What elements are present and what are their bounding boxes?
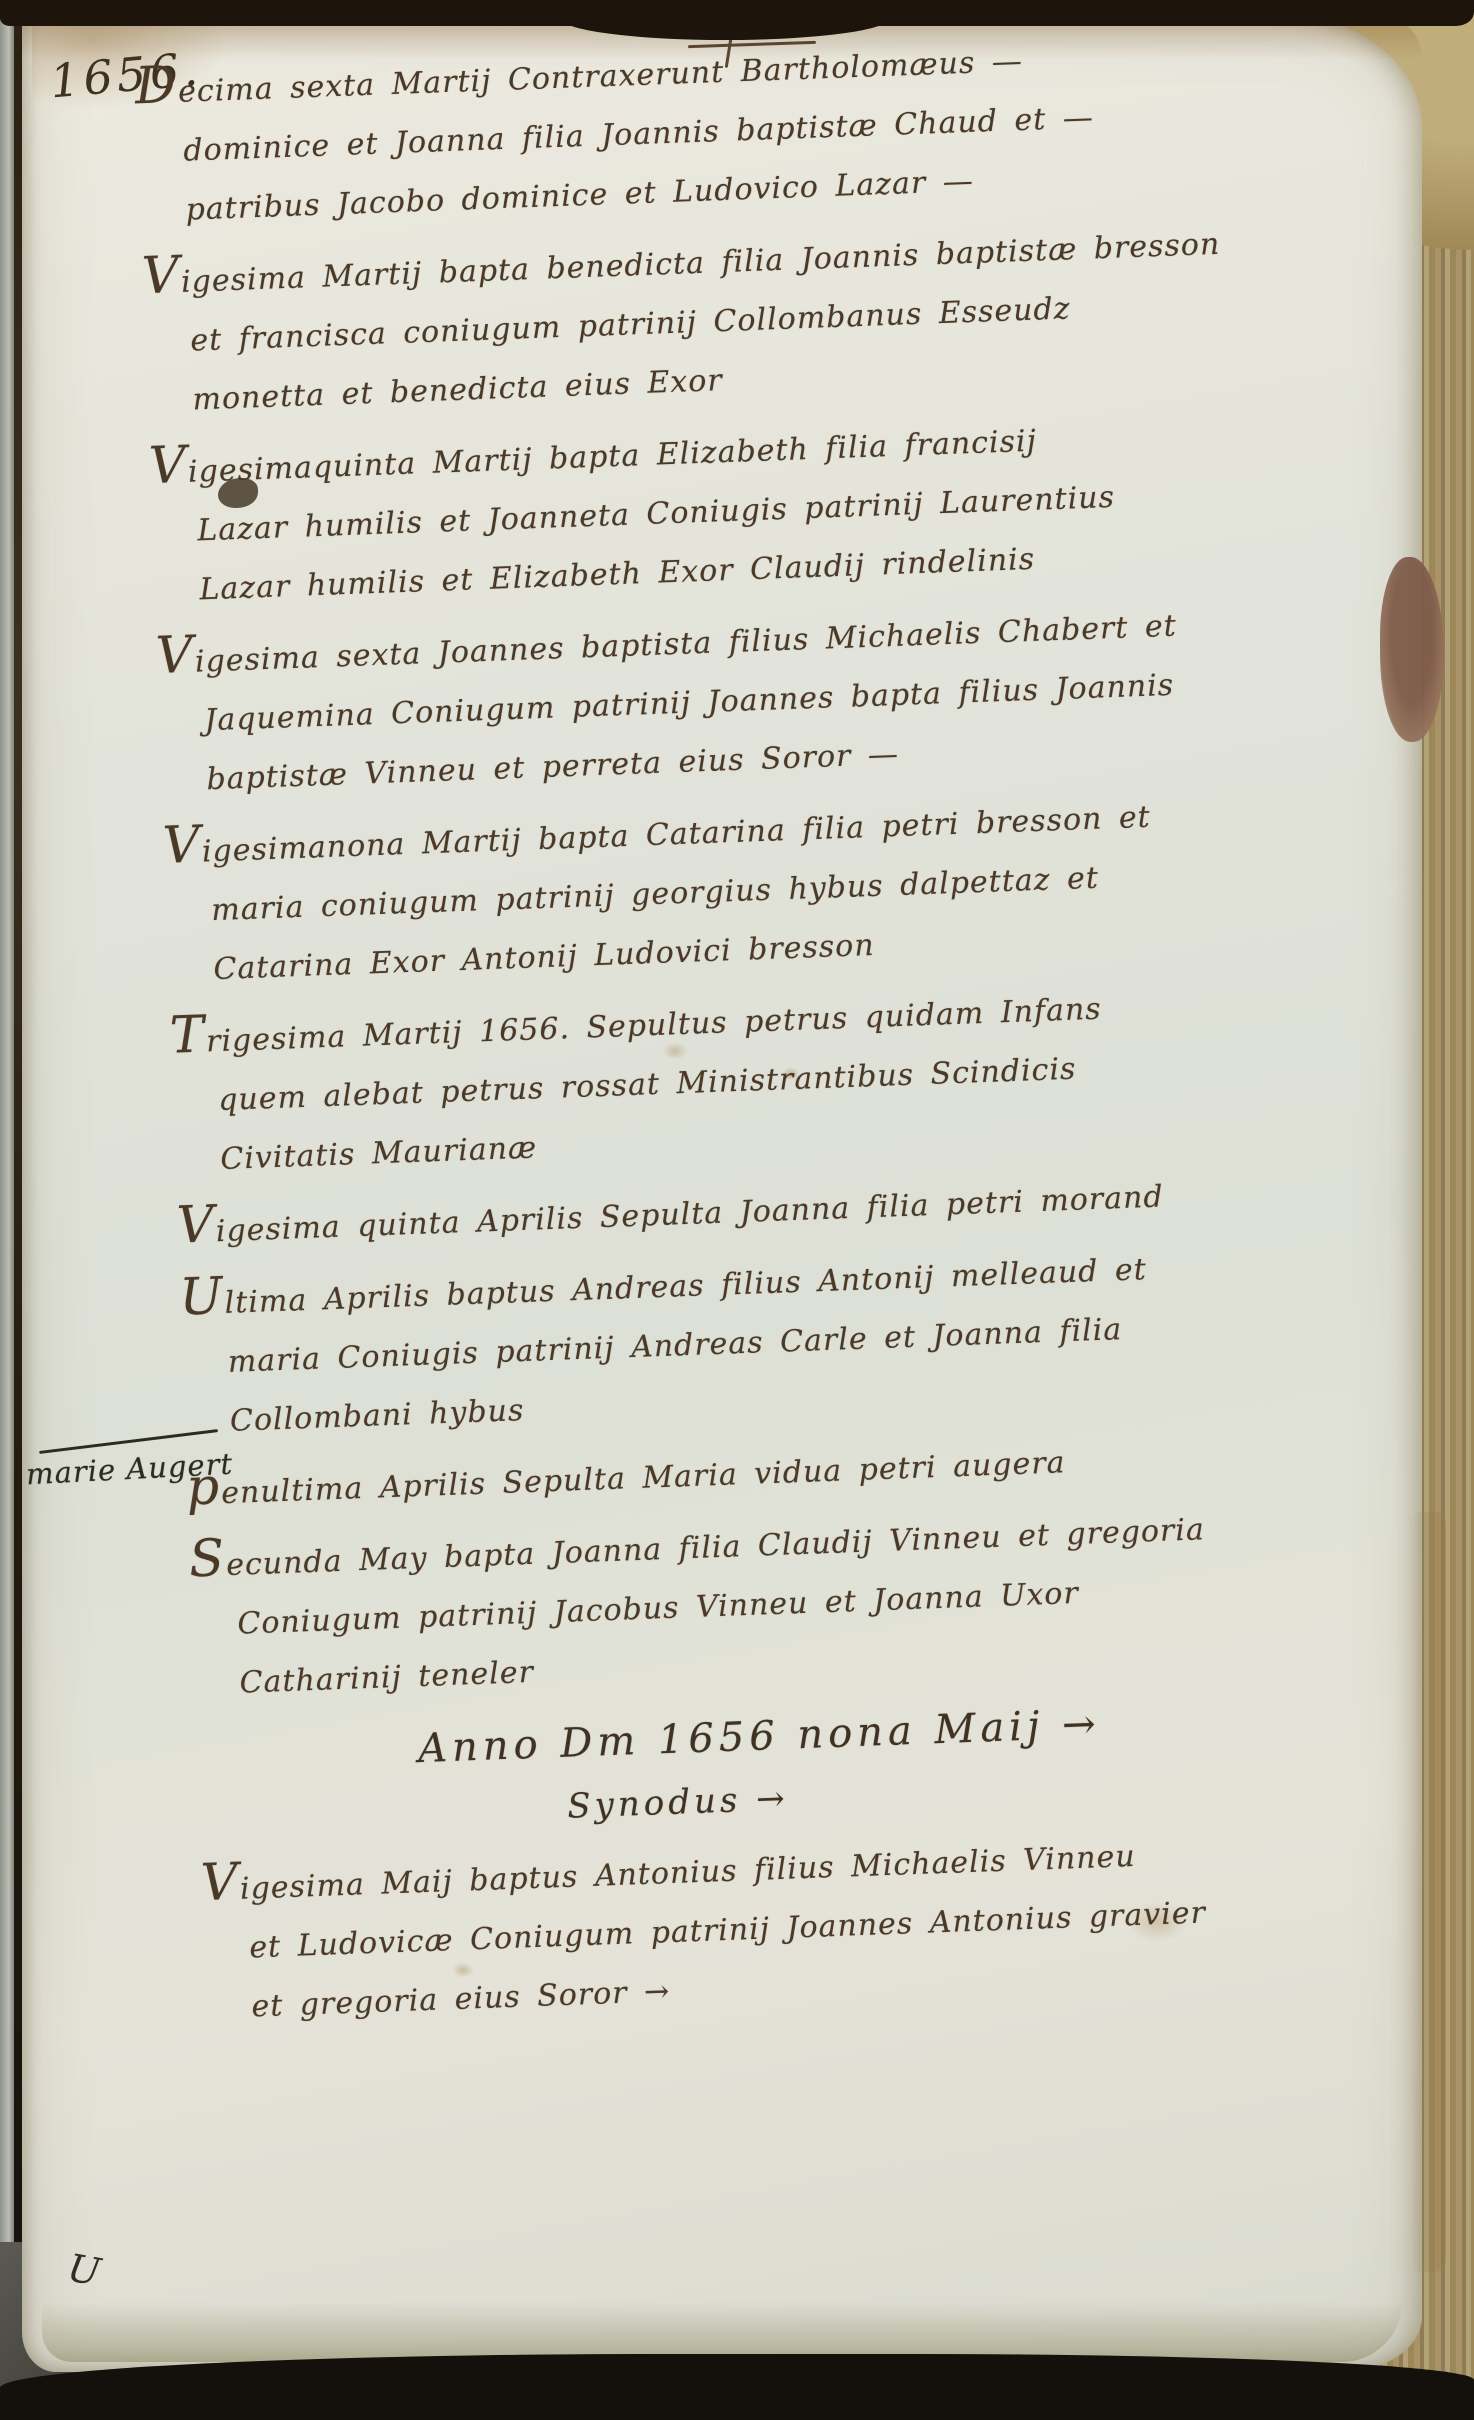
record-baptism-20-may: Vigesima Maij baptus Antonius filius Mic… bbox=[184, 1809, 1440, 2039]
record-baptism-last-april: Ultima Aprilis baptus Andreas filius Ant… bbox=[162, 1223, 1418, 1453]
record-baptism-29-march: Vigesimanona Martij bapta Catarina filia… bbox=[146, 772, 1402, 1002]
manuscript-photo: 1656. Decima sexta Martij Contraxerunt B… bbox=[0, 0, 1474, 2420]
manuscript-text: Decima sexta Martij Contraxerunt Barthol… bbox=[118, 12, 1440, 2044]
record-burial-30-march: Trigesima Martij 1656. Sepultus petrus q… bbox=[153, 962, 1409, 1192]
record-baptism-2-may: Secunda May bapta Joanna filia Claudij V… bbox=[172, 1485, 1428, 1715]
record-baptism-26-march: Vigesima sexta Joannes baptista filius M… bbox=[139, 582, 1395, 812]
bottom-shadow bbox=[0, 2354, 1474, 2420]
record-baptism-25-march: Vigesimaquinta Martij bapta Elizabeth fi… bbox=[132, 392, 1388, 622]
record-baptism-20-march: Vigesima Martij bapta benedicta filia Jo… bbox=[125, 202, 1381, 432]
stain-bottom-edge bbox=[42, 2302, 1402, 2362]
